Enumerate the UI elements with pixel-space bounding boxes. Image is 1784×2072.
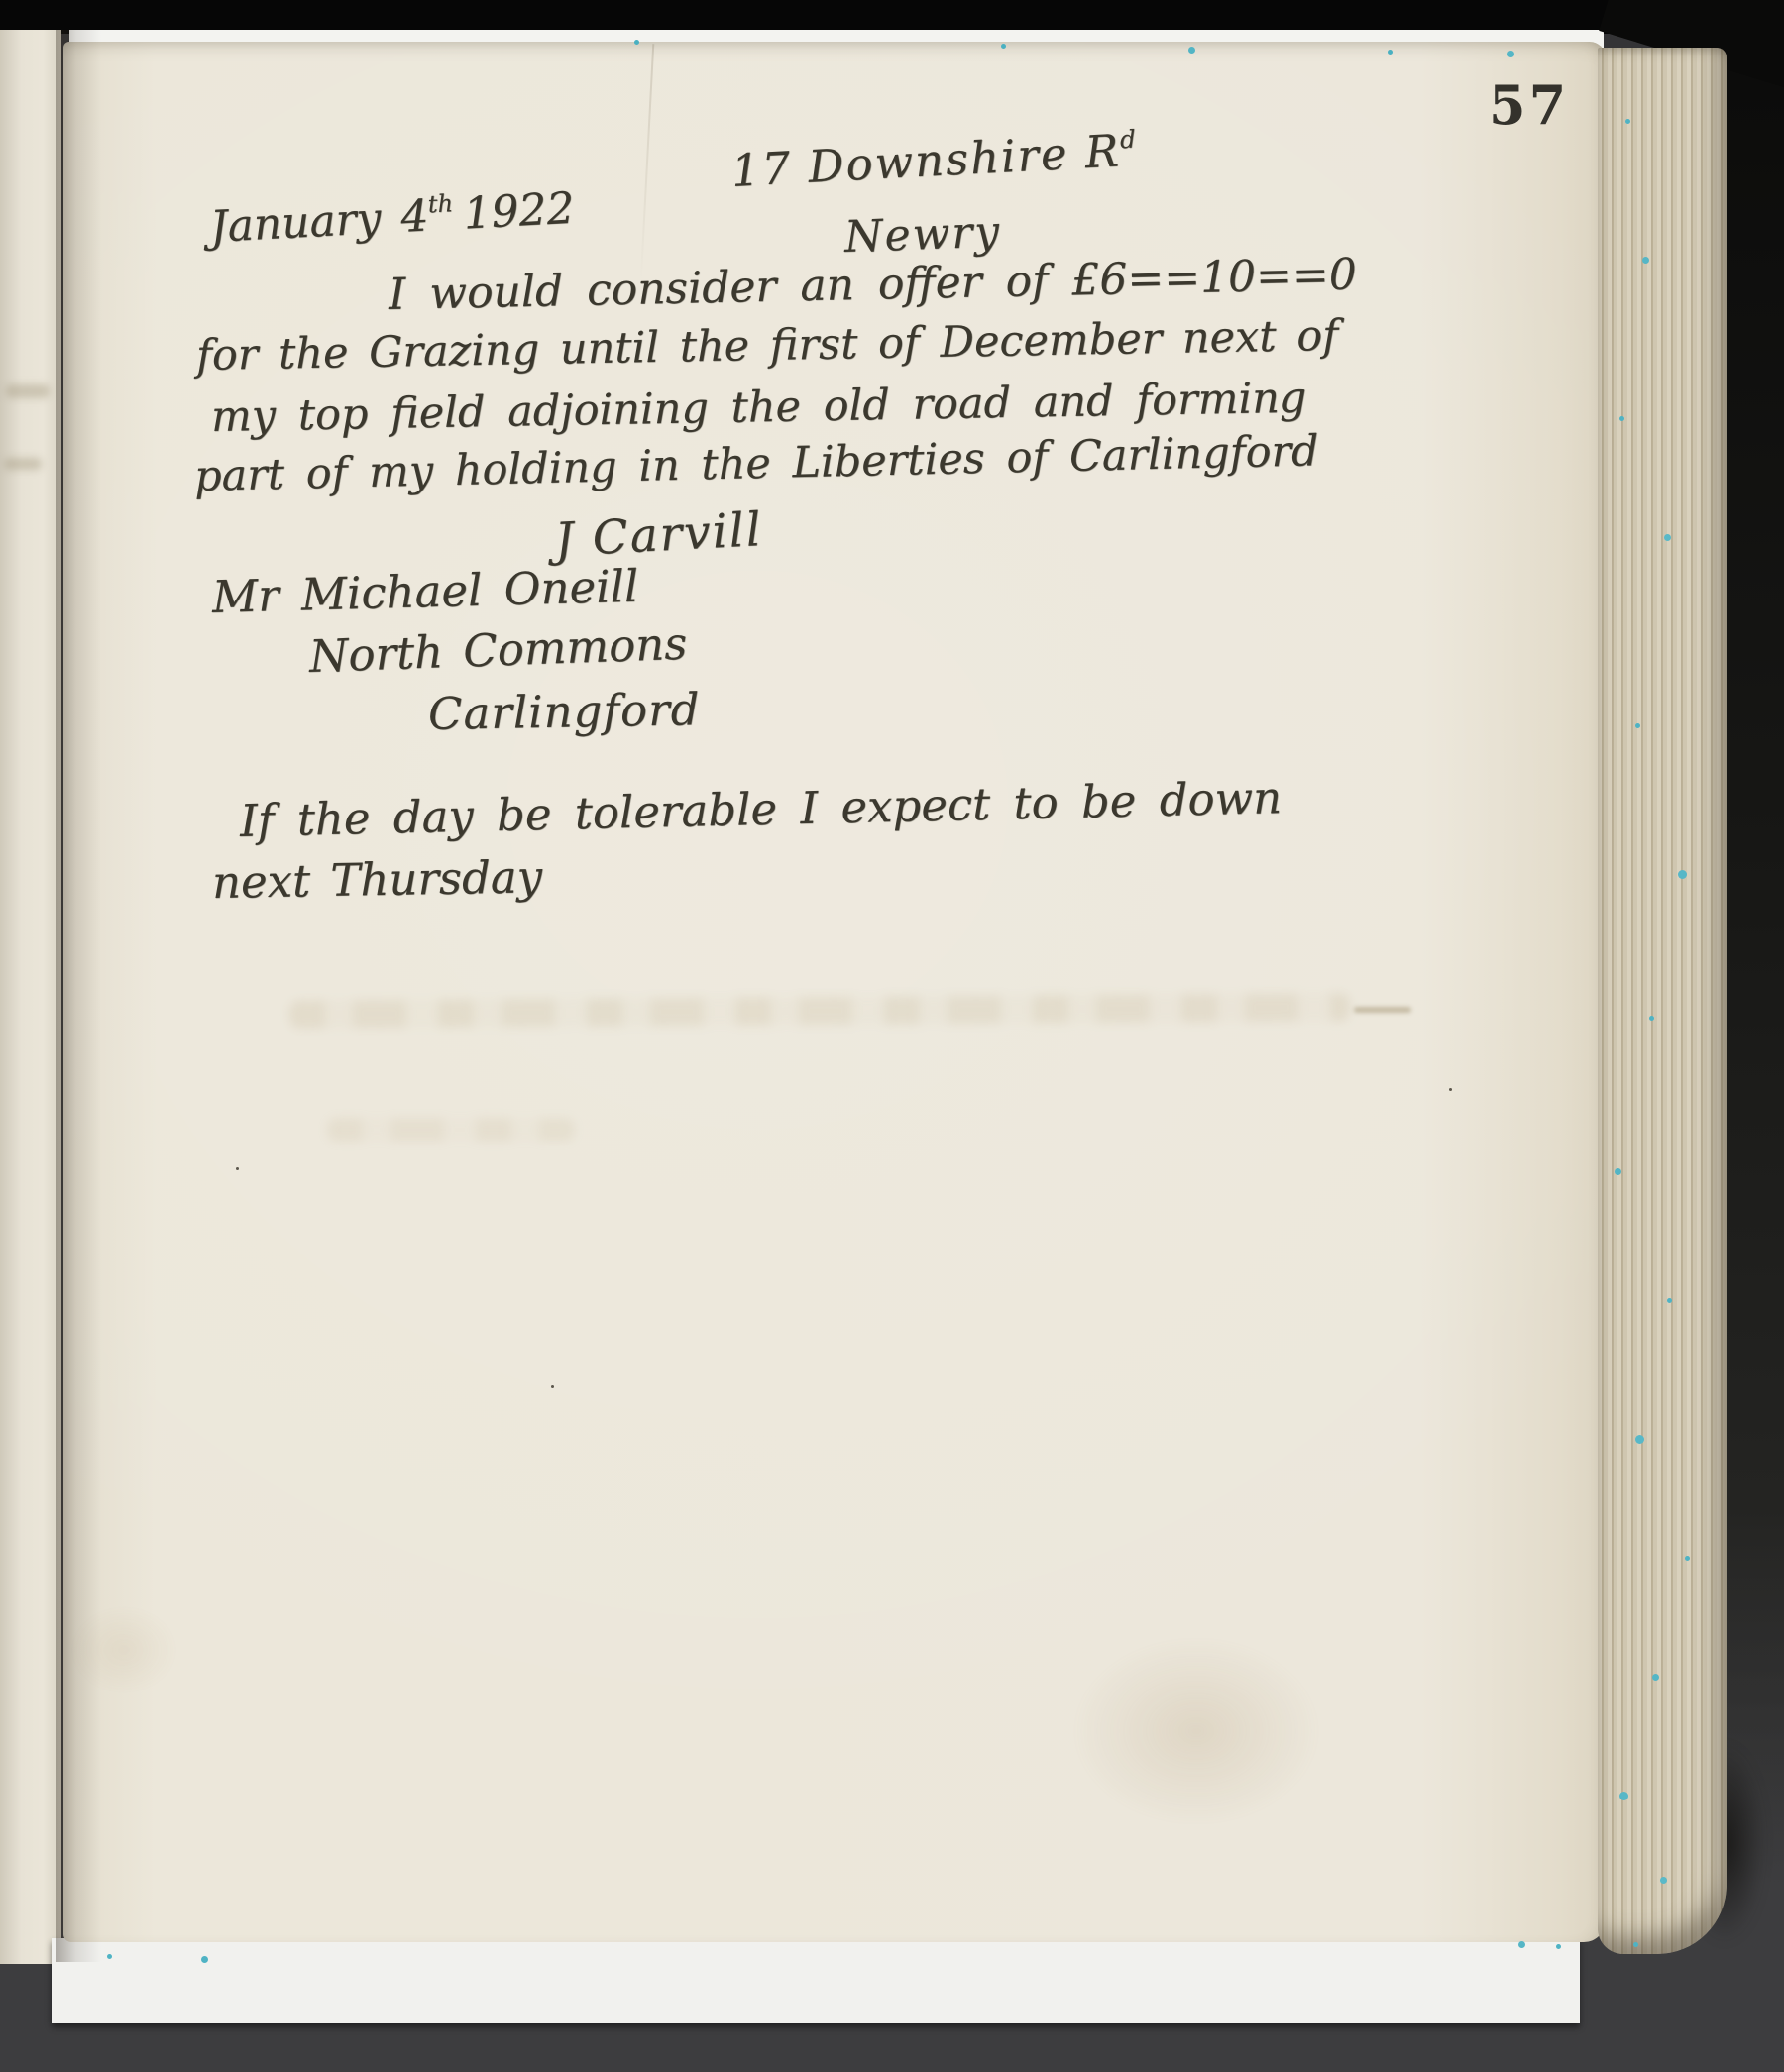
date-superscript: th bbox=[427, 189, 454, 218]
signature: J Carvill bbox=[554, 502, 764, 568]
ink-speck bbox=[1449, 1088, 1452, 1091]
recipient-town: Carlingford bbox=[428, 683, 701, 740]
scan-top-band bbox=[0, 0, 1784, 34]
book-cover bbox=[1721, 0, 1784, 1883]
fore-edge-speckles bbox=[1625, 119, 1630, 124]
top-edge-speckles bbox=[634, 40, 639, 45]
page-number: 57 bbox=[1489, 73, 1569, 137]
bleed-through-dash bbox=[1354, 1007, 1411, 1013]
address-line-2: Newry bbox=[843, 206, 1002, 262]
page-stack-fore-edge bbox=[1598, 48, 1727, 1954]
ink-speck bbox=[236, 1167, 239, 1170]
paper-stain bbox=[1072, 1637, 1320, 1825]
ink-speck bbox=[551, 1385, 554, 1388]
under-sheet-bottom bbox=[52, 1938, 1580, 2023]
facing-page-edge bbox=[0, 30, 61, 1964]
recipient-name: Mr Michael Oneill bbox=[211, 560, 639, 623]
postscript-line-2: next Thursday bbox=[212, 850, 543, 909]
address-street-superscript: d bbox=[1119, 125, 1136, 155]
date-year: 1922 bbox=[462, 183, 576, 240]
paper-stain bbox=[69, 1605, 178, 1694]
facing-page-ghost-mark bbox=[4, 458, 42, 470]
facing-page-ghost-mark bbox=[6, 384, 50, 398]
bottom-edge-speckles bbox=[107, 1954, 112, 1959]
bleed-through-line bbox=[327, 1118, 575, 1142]
book-scan: 57 17 Downshire Rd January 4th1922 Newry… bbox=[0, 0, 1784, 2072]
